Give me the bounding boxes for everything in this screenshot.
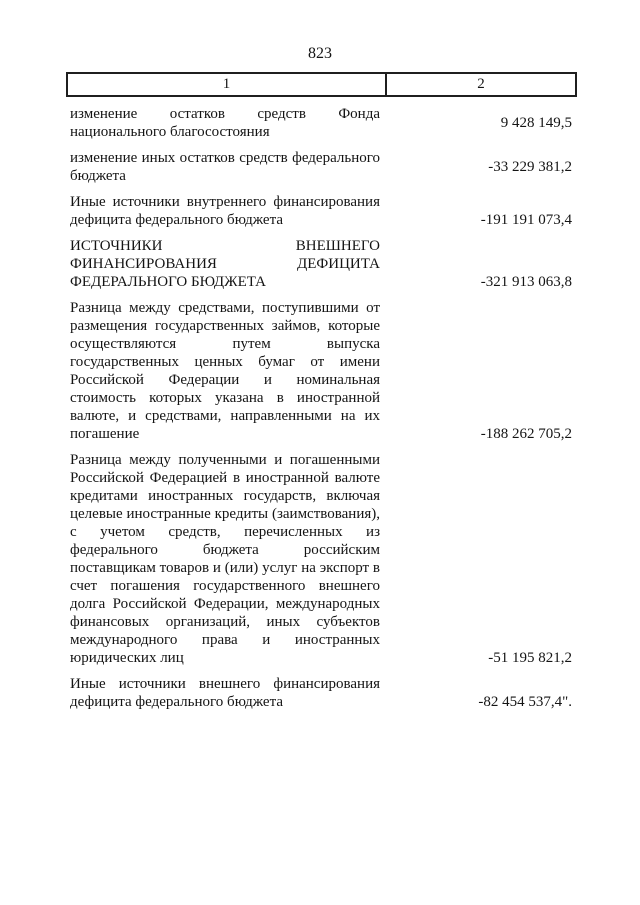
row-value: -321 913 063,8	[380, 273, 572, 291]
row-description: Разница между средствами, поступившими о…	[70, 299, 380, 443]
page-number: 823	[0, 45, 640, 63]
row-value: -188 262 705,2	[380, 425, 572, 443]
row-value: -191 191 073,4	[380, 211, 572, 229]
table-header-col-1: 1	[68, 74, 387, 95]
row-description: ИСТОЧНИКИ ВНЕШНЕГО ФИНАНСИРОВАНИЯ ДЕФИЦИ…	[70, 237, 380, 291]
table-header-col-2: 2	[387, 74, 575, 95]
table-row: Иные источники внутреннего финансировани…	[70, 193, 572, 229]
table-row: изменение остатков средств Фонда национа…	[70, 105, 572, 141]
row-description: Разница между полученными и погашенными …	[70, 451, 380, 667]
row-description: Иные источники внутреннего финансировани…	[70, 193, 380, 229]
document-page: 823 1 2 изменение остатков средств Фонда…	[0, 0, 640, 905]
table-body: изменение остатков средств Фонда национа…	[70, 105, 572, 719]
row-value: -33 229 381,2	[380, 158, 572, 176]
table-row: Разница между полученными и погашенными …	[70, 451, 572, 667]
row-description: Иные источники внешнего финансирования д…	[70, 675, 380, 711]
table-row: изменение иных остатков средств федераль…	[70, 149, 572, 185]
row-value: 9 428 149,5	[380, 114, 572, 132]
row-description: изменение иных остатков средств федераль…	[70, 149, 380, 185]
row-value: -82 454 537,4".	[380, 693, 572, 711]
table-row: Иные источники внешнего финансирования д…	[70, 675, 572, 711]
table-row: Разница между средствами, поступившими о…	[70, 299, 572, 443]
row-description: изменение остатков средств Фонда национа…	[70, 105, 380, 141]
table-header-row: 1 2	[66, 72, 577, 97]
row-value: -51 195 821,2	[380, 649, 572, 667]
table-row: ИСТОЧНИКИ ВНЕШНЕГО ФИНАНСИРОВАНИЯ ДЕФИЦИ…	[70, 237, 572, 291]
